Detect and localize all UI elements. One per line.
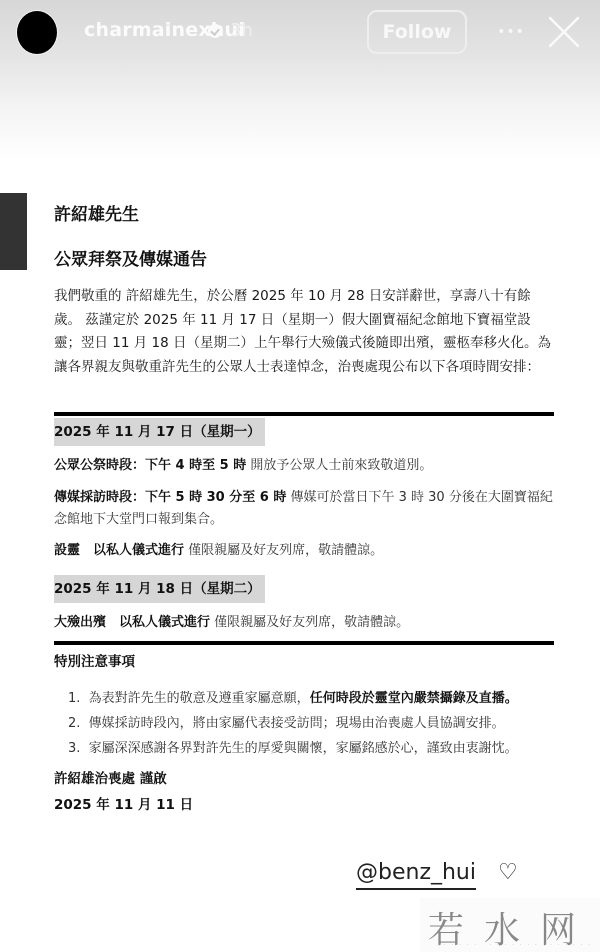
signature: 許紹雄治喪處 謹啟 (54, 766, 193, 792)
notes-title: 特別注意事項 (54, 650, 135, 670)
divider (54, 412, 554, 416)
close-icon[interactable] (546, 14, 582, 50)
follow-button[interactable]: Follow (367, 10, 467, 54)
document-subtitle: 公眾拜祭及傳媒通告 (54, 245, 207, 270)
item-text: 僅限親屬及好友列席，敬請體諒。 (210, 615, 409, 630)
item-label: 傳媒採訪時段：下午 5 時 30 分至 6 時 (54, 490, 286, 505)
note-item: 3. 家屬深深感謝各界對許先生的厚愛與關懷，家屬銘感於心，謹致由衷謝忱。 (68, 736, 558, 761)
divider (54, 641, 554, 645)
verified-badge-icon (208, 24, 222, 38)
day2-item-funeral: 大殮出殯 以私人儀式進行 僅限親屬及好友列席，敬請體諒。 (54, 612, 554, 634)
watermark-subtext: ····· ······· ······ (444, 942, 596, 948)
signature-date: 2025 年 11 月 11 日 (54, 792, 193, 818)
document-edge-bar (0, 193, 27, 270)
note-item: 2. 傳媒採訪時段內，將由家屬代表接受訪問；現場由治喪處人員協調安排。 (68, 711, 558, 736)
item-text: 僅限親屬及好友列席，敬請體諒。 (184, 543, 383, 558)
story-header: charmainexhui 3h Follow ••• (0, 0, 600, 66)
day1-item-public: 公眾公祭時段：下午 4 時至 5 時 開放予公眾人士前來致敬道別。 (54, 455, 554, 477)
day1-date: 2025 年 11 月 17 日（星期一） (54, 418, 265, 446)
day1-item-wake: 設靈 以私人儀式進行 僅限親屬及好友列席，敬請體諒。 (54, 540, 554, 562)
intro-paragraph: 我們敬重的 許紹雄先生，於公曆 2025 年 10 月 28 日安詳辭世，享壽八… (54, 285, 554, 379)
item-label: 大殮出殯 以私人儀式進行 (54, 615, 210, 630)
document-title: 許紹雄先生 (54, 200, 139, 225)
item-text: 開放予公眾人士前來致敬道別。 (246, 458, 432, 473)
item-label: 設靈 以私人儀式進行 (54, 543, 184, 558)
item-label: 公眾公祭時段：下午 4 時至 5 時 (54, 458, 246, 473)
notes-list: 1. 為表對許先生的敬意及遵重家屬意願，任何時段於靈堂內嚴禁攝錄及直播。 2. … (68, 686, 558, 761)
day1-item-media: 傳媒採訪時段：下午 5 時 30 分至 6 時 傳媒可於當日下午 3 時 30 … (54, 487, 554, 531)
heart-icon: ♡ (498, 860, 518, 886)
note-item: 1. 為表對許先生的敬意及遵重家屬意願，任何時段於靈堂內嚴禁攝錄及直播。 (68, 686, 558, 711)
avatar[interactable] (16, 10, 58, 55)
watermark: 若水网 ····· ······· ······ (420, 898, 600, 952)
signature-block: 許紹雄治喪處 謹啟 2025 年 11 月 11 日 (54, 766, 193, 818)
day2-date: 2025 年 11 月 18 日（星期二） (54, 575, 265, 603)
post-time: 3h (230, 20, 253, 41)
mention-sticker[interactable]: @benz_hui (356, 860, 476, 890)
more-options-icon[interactable]: ••• (496, 22, 526, 42)
